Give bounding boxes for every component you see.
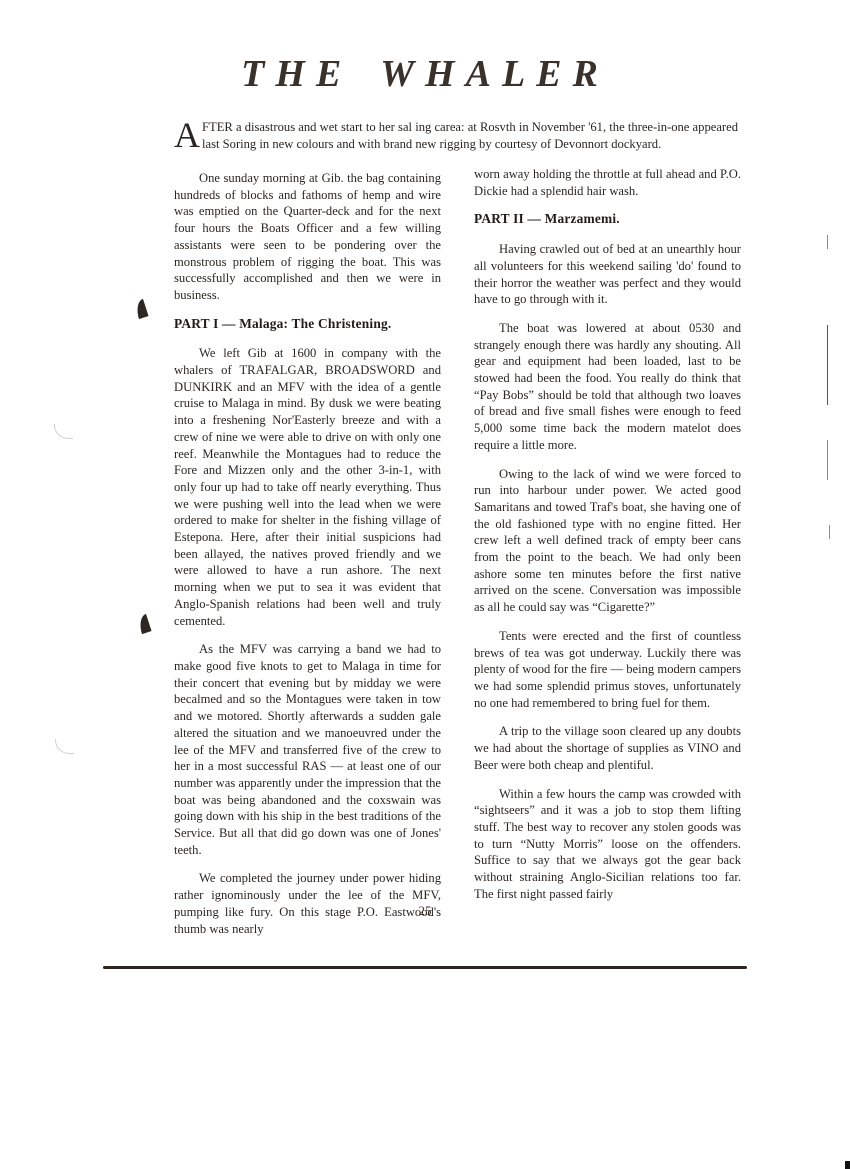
right-column: worn away holding the throttle at full a… — [474, 166, 741, 914]
paragraph-continued: worn away holding the throttle at full a… — [474, 166, 741, 199]
scan-edge-tick — [827, 325, 828, 405]
scan-edge-tick — [827, 440, 828, 480]
intro-paragraph: AFTER a disastrous and wet start to her … — [174, 119, 738, 153]
paragraph: The boat was lowered at about 0530 and s… — [474, 320, 741, 454]
paragraph: Within a few hours the camp was crowded … — [474, 786, 741, 903]
title-word-1: THE — [241, 53, 352, 95]
article-title: THEWHALER — [0, 52, 850, 96]
scan-corner-mark — [845, 1161, 850, 1169]
punch-hole-mark-icon — [136, 614, 151, 634]
page-number: 25 — [0, 903, 850, 919]
drop-cap: A — [174, 121, 200, 149]
ring-shadow-mark-icon — [55, 739, 74, 754]
title-word-2: WHALER — [380, 53, 609, 95]
scan-edge-tick — [829, 525, 830, 539]
paragraph: Having crawled out of bed at an unearthl… — [474, 241, 741, 308]
ring-shadow-mark-icon — [54, 424, 73, 439]
paragraph: As the MFV was carrying a band we had to… — [174, 641, 441, 858]
part-2-heading: PART II — Marzamemi. — [474, 211, 741, 228]
left-column: One sunday morning at Gib. the bag conta… — [174, 170, 441, 949]
intro-text: FTER a disastrous and wet start to her s… — [202, 120, 738, 151]
paragraph: Tents were erected and the first of coun… — [474, 628, 741, 712]
punch-hole-mark-icon — [133, 299, 148, 319]
paragraph: Owing to the lack of wind we were forced… — [474, 466, 741, 616]
part-1-heading: PART I — Malaga: The Christening. — [174, 316, 441, 333]
scan-edge-tick — [827, 235, 828, 249]
paragraph: We left Gib at 1600 in company with the … — [174, 345, 441, 629]
paragraph: A trip to the village soon cleared up an… — [474, 723, 741, 773]
paragraph-opening: One sunday morning at Gib. the bag conta… — [174, 170, 441, 304]
bottom-rule — [103, 966, 747, 969]
